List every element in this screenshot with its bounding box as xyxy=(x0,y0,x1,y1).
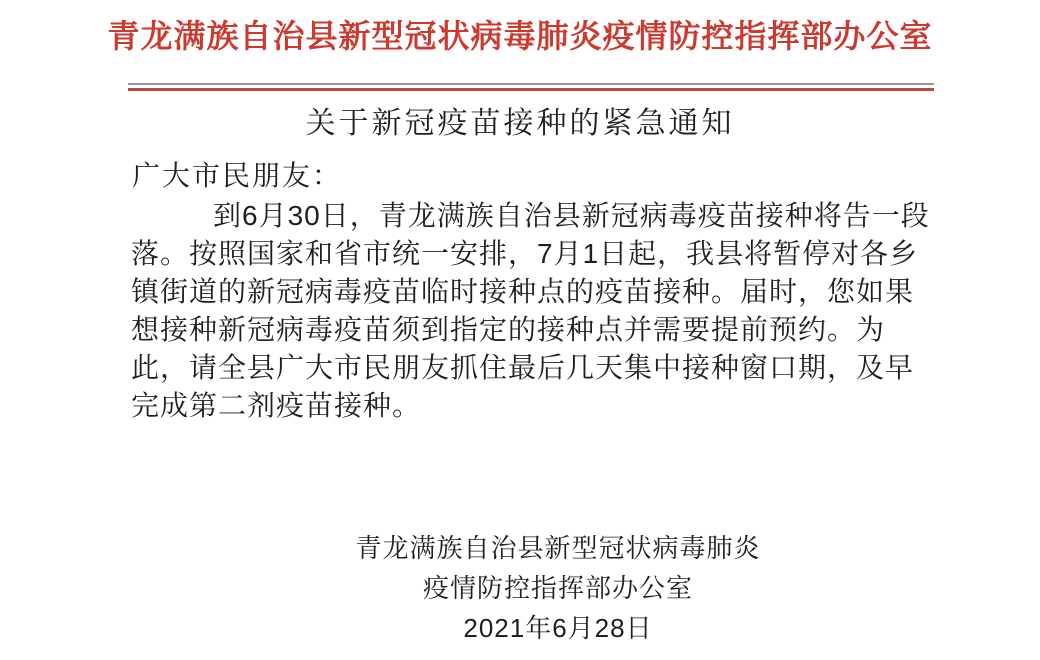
signature-org-line-2: 疫情防控指挥部办公室 xyxy=(38,568,1040,608)
divider-red-line xyxy=(128,88,934,91)
divider-thin-gray-line xyxy=(128,83,934,85)
body-line-6: 完成第二剂疫苗接种。 xyxy=(131,387,921,425)
notice-document: 青龙满族自治县新型冠状病毒肺炎疫情防控指挥部办公室 关于新冠疫苗接种的紧急通知 … xyxy=(0,0,1040,660)
body-line-5: 此，请全县广大市民朋友抓住最后几天集中接种窗口期，及早 xyxy=(131,349,921,387)
signature-date: 2021年6月28日 xyxy=(38,608,1040,648)
signature-org-line-1: 青龙满族自治县新型冠状病毒肺炎 xyxy=(38,528,1040,568)
notice-title: 关于新冠疫苗接种的紧急通知 xyxy=(0,106,1040,142)
body-line-3: 镇街道的新冠病毒疫苗临时接种点的疫苗接种。届时，您如果 xyxy=(131,273,921,311)
signature-block: 青龙满族自治县新型冠状病毒肺炎 疫情防控指挥部办公室 2021年6月28日 xyxy=(38,528,1040,648)
notice-body: 到6月30日，青龙满族自治县新冠病毒疫苗接种将告一段 落。按照国家和省市统一安排… xyxy=(131,197,921,425)
body-line-4: 想接种新冠病毒疫苗须到指定的接种点并需要提前预约。为 xyxy=(131,311,921,349)
letterhead-divider xyxy=(128,83,934,91)
body-line-1: 到6月30日，青龙满族自治县新冠病毒疫苗接种将告一段 xyxy=(131,197,921,235)
salutation: 广大市民朋友： xyxy=(132,158,342,194)
letterhead-title: 青龙满族自治县新型冠状病毒肺炎疫情防控指挥部办公室 xyxy=(0,18,1040,54)
body-line-2: 落。按照国家和省市统一安排，7月1日起，我县将暂停对各乡 xyxy=(131,235,921,273)
